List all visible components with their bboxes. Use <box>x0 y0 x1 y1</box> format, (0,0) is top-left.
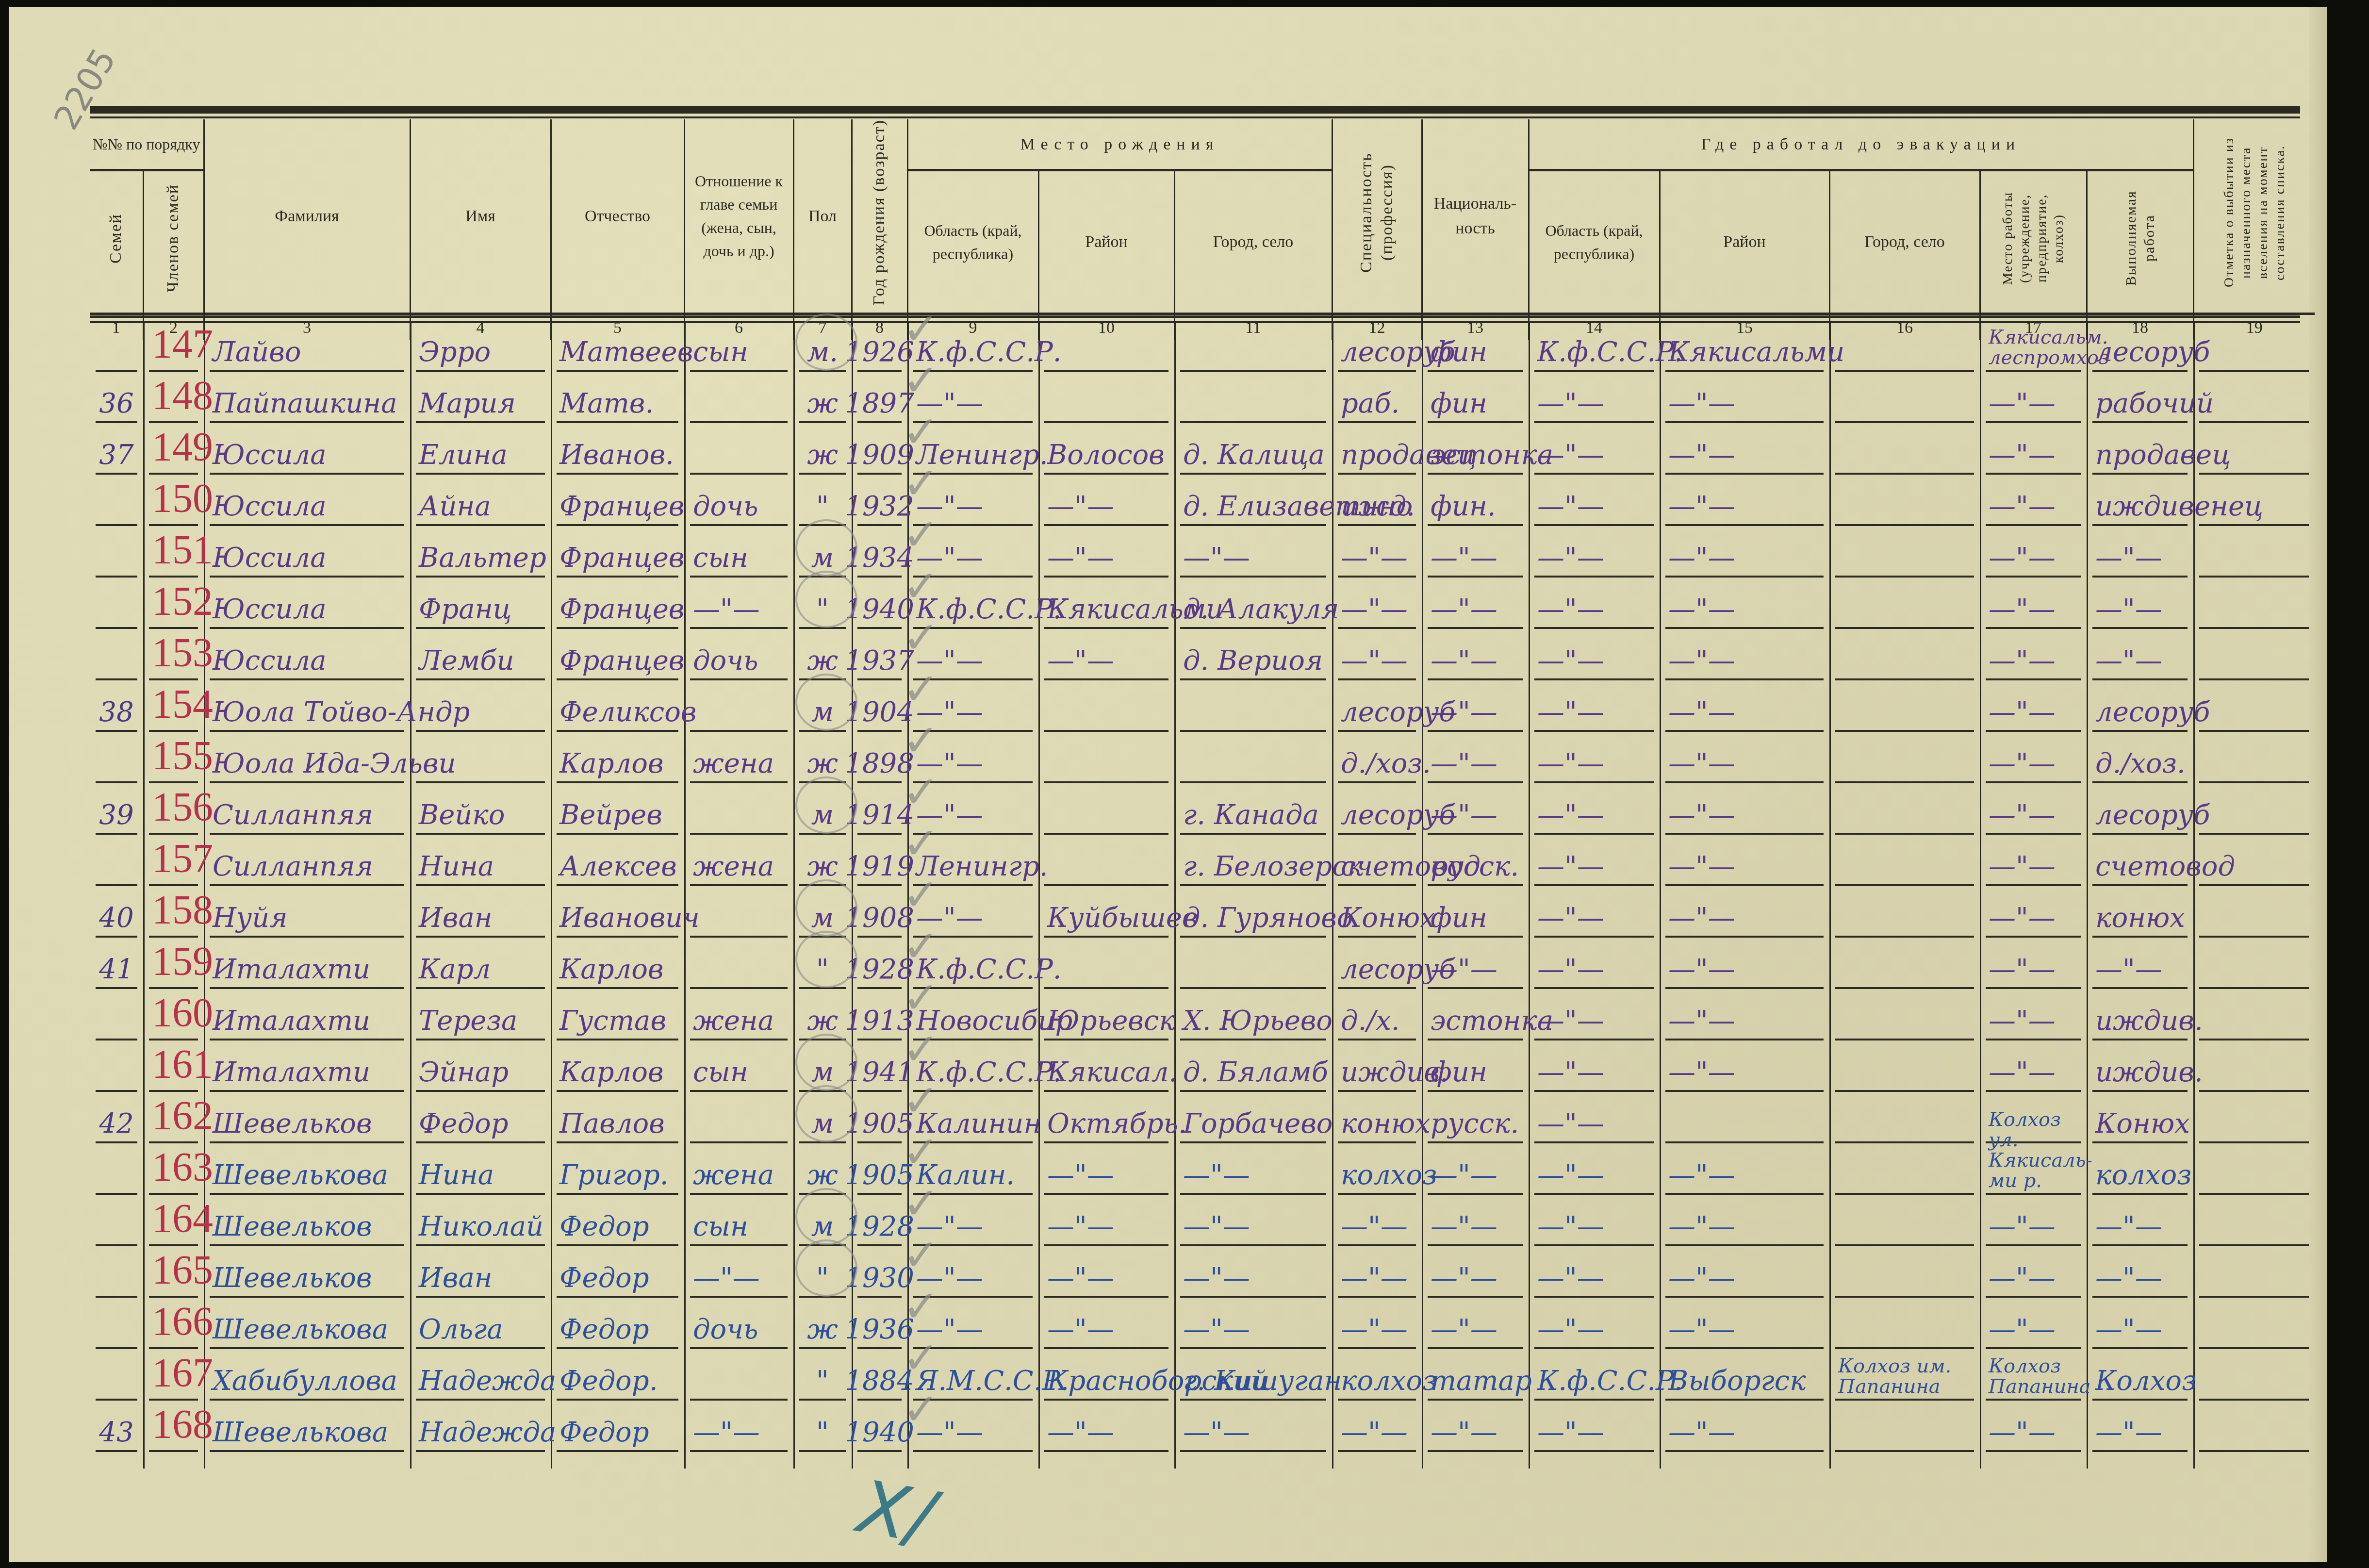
pencil-check-icon: ✓ <box>903 1178 939 1229</box>
pencil-check-icon: ✓ <box>903 870 939 921</box>
header-family-members: Членов семей <box>163 184 184 292</box>
header-patronymic: Отчество <box>551 119 684 314</box>
table-header: №№ по порядку Фамилия Имя Отчество Отнош… <box>90 119 2315 340</box>
header-work-group: Где работал до эвакуации <box>1529 119 2193 170</box>
header-order-numbers: №№ по порядку <box>90 119 204 170</box>
nationality-cell: —"— <box>1428 1394 1523 1452</box>
work-district-cell: —"— <box>1665 1394 1824 1452</box>
pencil-check-icon: ✓ <box>903 304 939 355</box>
pencil-check-icon: ✓ <box>903 1075 939 1126</box>
pencil-check-icon: ✓ <box>903 664 939 715</box>
header-top-rule <box>90 106 2300 114</box>
work-city-cell <box>1835 1394 1974 1452</box>
birth-city-cell: —"— <box>1180 1394 1326 1452</box>
workplace-cell: —"— <box>1986 1394 2081 1452</box>
header-name: Имя <box>410 119 551 314</box>
pencil-check-icon: ✓ <box>903 355 939 406</box>
header-workplace: Место работы (учреждение, предприятие, к… <box>1999 175 2067 301</box>
pencil-check-icon: ✓ <box>903 612 939 663</box>
header-sex: Пол <box>793 119 852 314</box>
header-work-city: Город, село <box>1829 170 1980 314</box>
pencil-check-icon: ✓ <box>903 561 939 612</box>
header-birthplace-group: Место рождения <box>907 119 1332 170</box>
job-cell: —"— <box>2092 1394 2188 1452</box>
header-profession: Специальность (профессия) <box>1356 145 1398 281</box>
header-work-region: Область (край, республика) <box>1529 170 1660 314</box>
pencil-check-icon: ✓ <box>903 1384 939 1435</box>
header-surname: Фамилия <box>204 119 410 314</box>
pencil-check-icon: ✓ <box>903 973 939 1023</box>
header-birth-city: Город, село <box>1174 170 1332 314</box>
pencil-check-icon: ✓ <box>903 1024 939 1075</box>
birth-year-cell: 1940 <box>857 1394 902 1452</box>
departure-note-cell <box>2199 1394 2309 1452</box>
header-relation: Отношение к главе семьи (жена, сын, дочь… <box>684 119 793 314</box>
header-top-rule-thin <box>90 116 2300 118</box>
header-nationality: Националь-ность <box>1422 119 1529 314</box>
relation-cell: —"— <box>690 1394 788 1452</box>
pencil-check-icon: ✓ <box>903 715 939 766</box>
surname-cell: Шевелькова <box>210 1394 404 1452</box>
pencil-check-icon: ✓ <box>903 1127 939 1178</box>
header-birth-district: Район <box>1038 170 1174 314</box>
family-number-cell: 43 <box>96 1394 137 1452</box>
header-work-district: Район <box>1660 170 1829 314</box>
pencil-check-icon: ✓ <box>903 818 939 869</box>
pencil-check-icon: ✓ <box>903 407 939 458</box>
records-table: 147ЛайвоЭрроМатвеевсынм.1926К.ф.С.С.Р.ле… <box>90 323 2300 1469</box>
member-number-cell: 168 <box>149 1394 198 1452</box>
header-birth-region: Область (край, республика) <box>907 170 1038 314</box>
pencil-check-icon: ✓ <box>903 767 939 818</box>
birth-district-cell: —"— <box>1044 1394 1168 1452</box>
work-region-cell: —"— <box>1534 1394 1654 1452</box>
profession-cell: —"— <box>1338 1394 1416 1452</box>
sex-cell: " <box>799 1394 846 1452</box>
header-job: Выполняемая работа <box>2122 175 2158 301</box>
patronymic-cell: Федор <box>557 1394 678 1452</box>
signature-mark: X/ <box>852 1465 940 1561</box>
pencil-check-icon: ✓ <box>903 458 939 509</box>
pencil-check-icon: ✓ <box>903 510 939 561</box>
pencil-check-icon: ✓ <box>903 1333 939 1384</box>
header-departure-note: Отметка о выбытии из назначенного места … <box>2221 135 2288 290</box>
pencil-check-icon: ✓ <box>903 1281 939 1332</box>
table-row: 43168ШевельковаНадеждаФедор—"—"1940—"——"… <box>90 1389 2300 1463</box>
first-name-cell: Надежда <box>416 1394 545 1452</box>
header-birth-year: Год рождения (возраст) <box>869 119 890 305</box>
header-families: Семей <box>106 214 127 264</box>
pencil-check-icon: ✓ <box>903 921 939 972</box>
pencil-check-icon: ✓ <box>903 1230 939 1281</box>
